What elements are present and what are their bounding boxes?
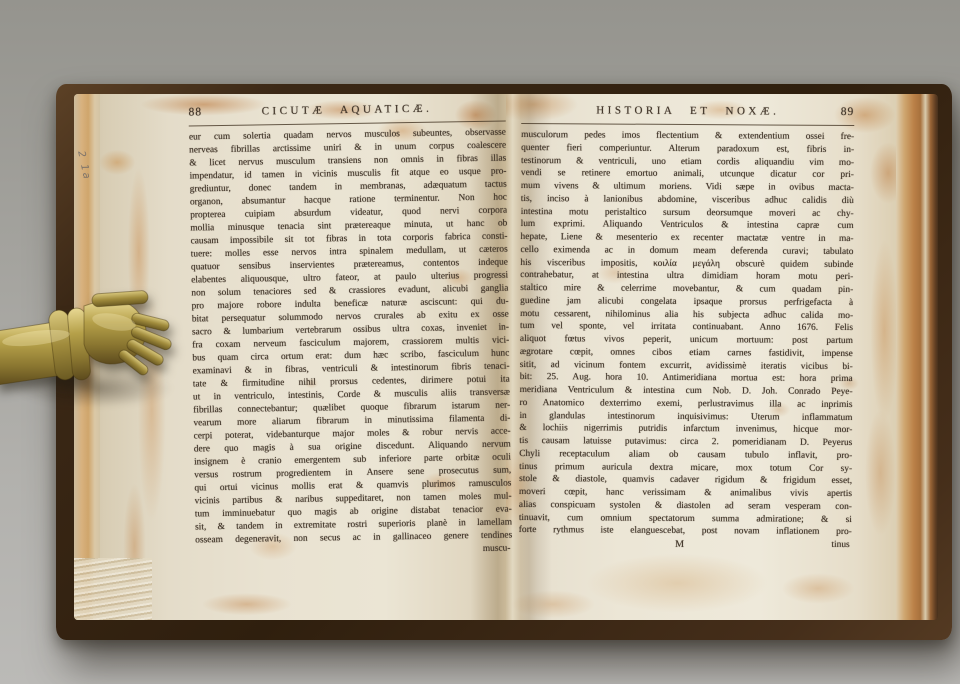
left-page-body: eur cum solertia quadam nervos musculos … bbox=[189, 127, 512, 548]
book: 88 CICUTÆ AQUATICÆ. eur cum solertia qua… bbox=[56, 84, 952, 640]
page-number-right: 89 bbox=[820, 106, 854, 118]
signature-mark: M bbox=[675, 539, 684, 550]
open-pages: 88 CICUTÆ AQUATICÆ. eur cum solertia qua… bbox=[74, 94, 938, 620]
header-rule-right bbox=[521, 123, 854, 126]
right-page-footer: M tinus bbox=[519, 537, 852, 553]
brass-hand-page-holder-icon bbox=[0, 276, 178, 410]
catchword-right: tinus bbox=[831, 540, 849, 550]
running-title-left: CICUTÆ AQUATICÆ. bbox=[222, 102, 471, 118]
header-spacer bbox=[472, 111, 506, 112]
right-page-text: HISTORIA ET NOXÆ. 89 musculorum pedes im… bbox=[519, 104, 855, 553]
right-page-body: musculorum pedes imos flectentium & exte… bbox=[519, 129, 854, 539]
fore-edge-stack bbox=[896, 94, 938, 620]
page-number-left: 88 bbox=[188, 106, 222, 119]
right-page-header: HISTORIA ET NOXÆ. 89 bbox=[521, 104, 854, 123]
running-title-right: HISTORIA ET NOXÆ. bbox=[555, 104, 820, 118]
catchword-left: muscu- bbox=[483, 544, 511, 554]
left-page-text: 88 CICUTÆ AQUATICÆ. eur cum solertia qua… bbox=[188, 102, 512, 562]
left-page-header: 88 CICUTÆ AQUATICÆ. bbox=[188, 102, 505, 124]
photo-scene: 88 CICUTÆ AQUATICÆ. eur cum solertia qua… bbox=[0, 0, 960, 684]
bottom-leaf-stack bbox=[74, 558, 152, 620]
